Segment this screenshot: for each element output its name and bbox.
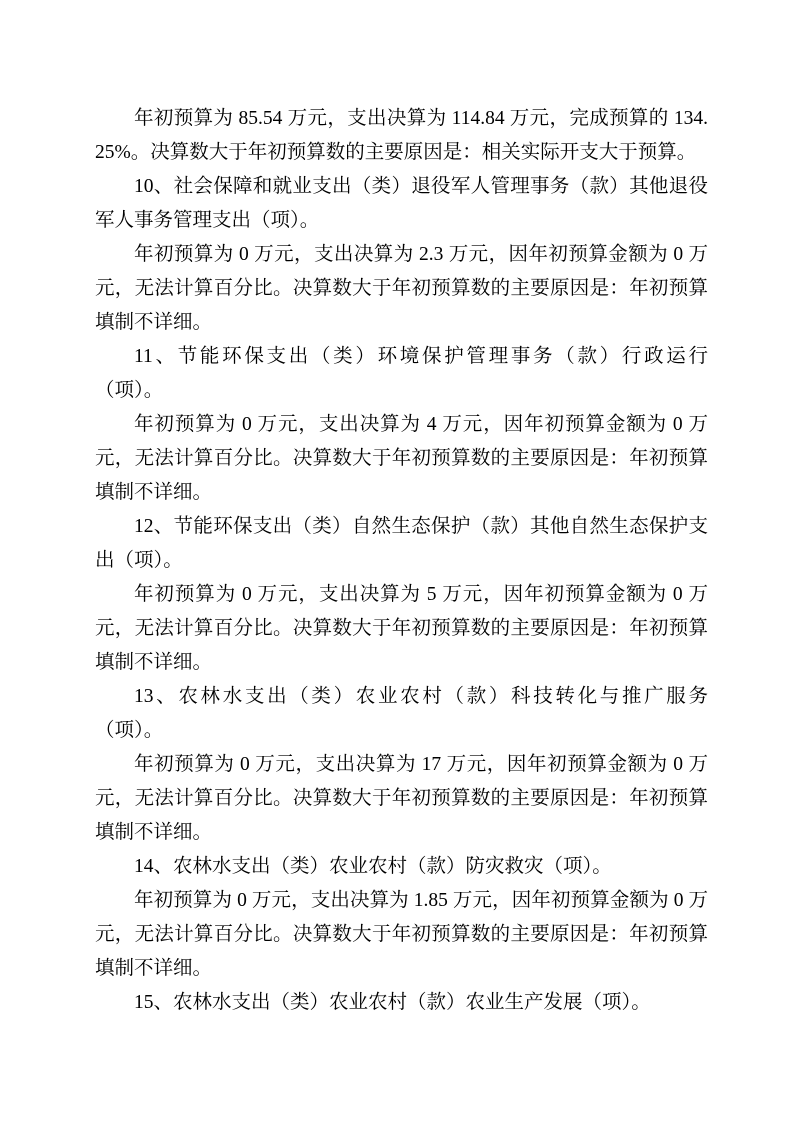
document-body: 年初预算为 85.54 万元，支出决算为 114.84 万元，完成预算的 134…	[95, 102, 708, 1020]
doc-paragraph-item11-detail: 年初预算为 0 万元，支出决算为 4 万元，因年初预算金额为 0 万元，无法计算…	[95, 408, 708, 510]
doc-paragraph-item13-heading: 13、农林水支出（类）农业农村（款）科技转化与推广服务（项）。	[95, 680, 708, 748]
doc-paragraph-item13-detail: 年初预算为 0 万元，支出决算为 17 万元，因年初预算金额为 0 万元，无法计…	[95, 748, 708, 850]
doc-paragraph-item14-heading: 14、农林水支出（类）农业农村（款）防灾救灾（项）。	[95, 850, 708, 884]
document-page: 年初预算为 85.54 万元，支出决算为 114.84 万元，完成预算的 134…	[0, 0, 793, 1122]
doc-paragraph-item12-heading: 12、节能环保支出（类）自然生态保护（款）其他自然生态保护支出（项）。	[95, 510, 708, 578]
doc-paragraph-item10-heading: 10、社会保障和就业支出（类）退役军人管理事务（款）其他退役军人事务管理支出（项…	[95, 170, 708, 238]
doc-paragraph-item14-detail: 年初预算为 0 万元，支出决算为 1.85 万元，因年初预算金额为 0 万元，无…	[95, 884, 708, 986]
doc-paragraph-item9-detail: 年初预算为 85.54 万元，支出决算为 114.84 万元，完成预算的 134…	[95, 102, 708, 170]
doc-paragraph-item12-detail: 年初预算为 0 万元，支出决算为 5 万元，因年初预算金额为 0 万元，无法计算…	[95, 578, 708, 680]
doc-paragraph-item10-detail: 年初预算为 0 万元，支出决算为 2.3 万元，因年初预算金额为 0 万元，无法…	[95, 238, 708, 340]
doc-paragraph-item15-heading: 15、农林水支出（类）农业农村（款）农业生产发展（项）。	[95, 986, 708, 1020]
doc-paragraph-item11-heading: 11、节能环保支出（类）环境保护管理事务（款）行政运行（项）。	[95, 340, 708, 408]
